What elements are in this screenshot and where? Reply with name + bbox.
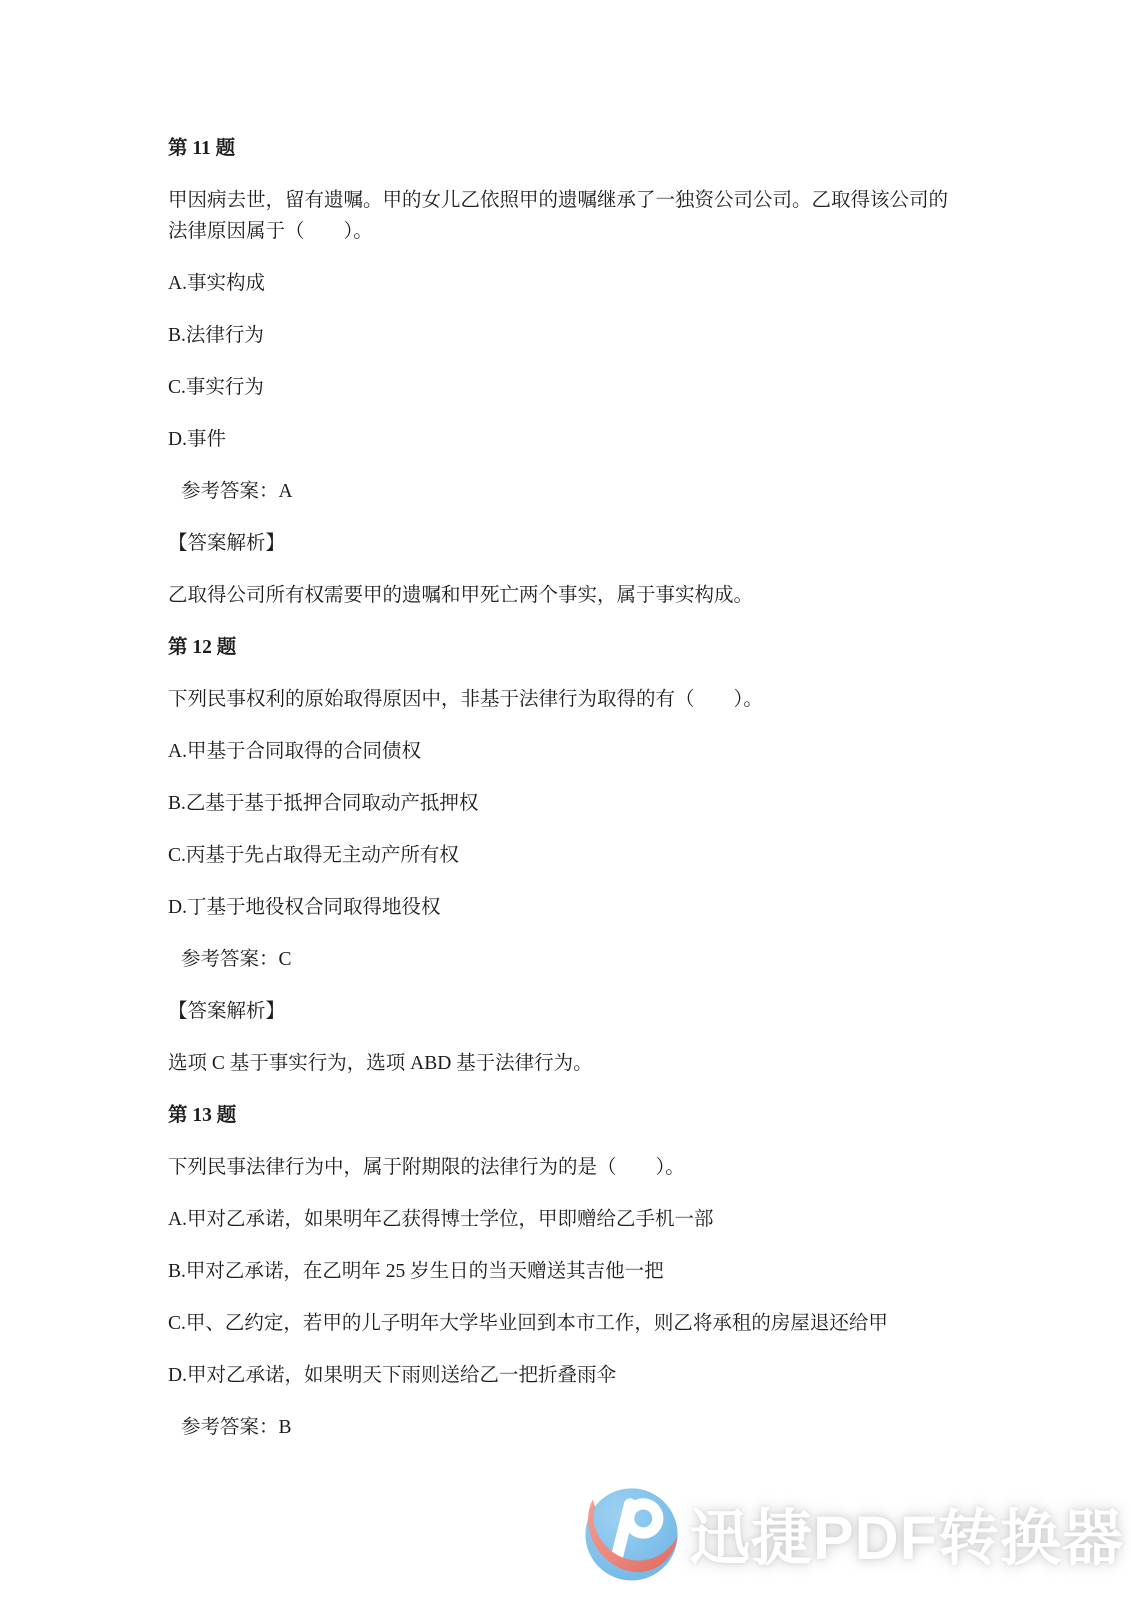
question-number: 第 12 题 [168,632,948,663]
option-d: D.事件 [168,424,948,455]
question-number: 第 11 题 [168,133,948,164]
analysis-title: 【答案解析】 [168,996,948,1027]
question-13: 第 13 题 下列民事法律行为中，属于附期限的法律行为的是（ ）。 A.甲对乙承… [168,1100,948,1443]
question-stem: 甲因病去世，留有遗嘱。甲的女儿乙依照甲的遗嘱继承了一独资公司公司。乙取得该公司的… [168,185,948,247]
pdf-converter-logo-icon [583,1485,680,1582]
watermark-text: 迅捷PDF转换器 [689,1490,1124,1577]
option-b: B.法律行为 [168,320,948,351]
answer-line: 参考答案：B [168,1412,948,1443]
exam-page: 第 11 题 甲因病去世，留有遗嘱。甲的女儿乙依照甲的遗嘱继承了一独资公司公司。… [168,133,948,1464]
option-d: D.丁基于地役权合同取得地役权 [168,892,948,923]
option-d: D.甲对乙承诺，如果明天下雨则送给乙一把折叠雨伞 [168,1360,948,1391]
option-c: C.丙基于先占取得无主动产所有权 [168,840,948,871]
question-12: 第 12 题 下列民事权利的原始取得原因中，非基于法律行为取得的有（ ）。 A.… [168,632,948,1079]
answer-line: 参考答案：C [168,944,948,975]
option-a: A.甲基于合同取得的合同债权 [168,736,948,767]
option-c: C.甲、乙约定，若甲的儿子明年大学毕业回到本市工作，则乙将承租的房屋退还给甲 [168,1308,948,1339]
analysis-title: 【答案解析】 [168,528,948,559]
question-11: 第 11 题 甲因病去世，留有遗嘱。甲的女儿乙依照甲的遗嘱继承了一独资公司公司。… [168,133,948,611]
option-a: A.事实构成 [168,268,948,299]
option-b: B.乙基于基于抵押合同取动产抵押权 [168,788,948,819]
analysis-text: 选项 C 基于事实行为，选项 ABD 基于法律行为。 [168,1048,948,1079]
watermark: 迅捷PDF转换器 [583,1485,1124,1582]
question-stem: 下列民事法律行为中，属于附期限的法律行为的是（ ）。 [168,1152,948,1183]
answer-line: 参考答案：A [168,476,948,507]
question-number: 第 13 题 [168,1100,948,1131]
option-c: C.事实行为 [168,372,948,403]
analysis-text: 乙取得公司所有权需要甲的遗嘱和甲死亡两个事实，属于事实构成。 [168,580,948,611]
question-stem: 下列民事权利的原始取得原因中，非基于法律行为取得的有（ ）。 [168,684,948,715]
option-a: A.甲对乙承诺，如果明年乙获得博士学位，甲即赠给乙手机一部 [168,1204,948,1235]
option-b: B.甲对乙承诺，在乙明年 25 岁生日的当天赠送其吉他一把 [168,1256,948,1287]
